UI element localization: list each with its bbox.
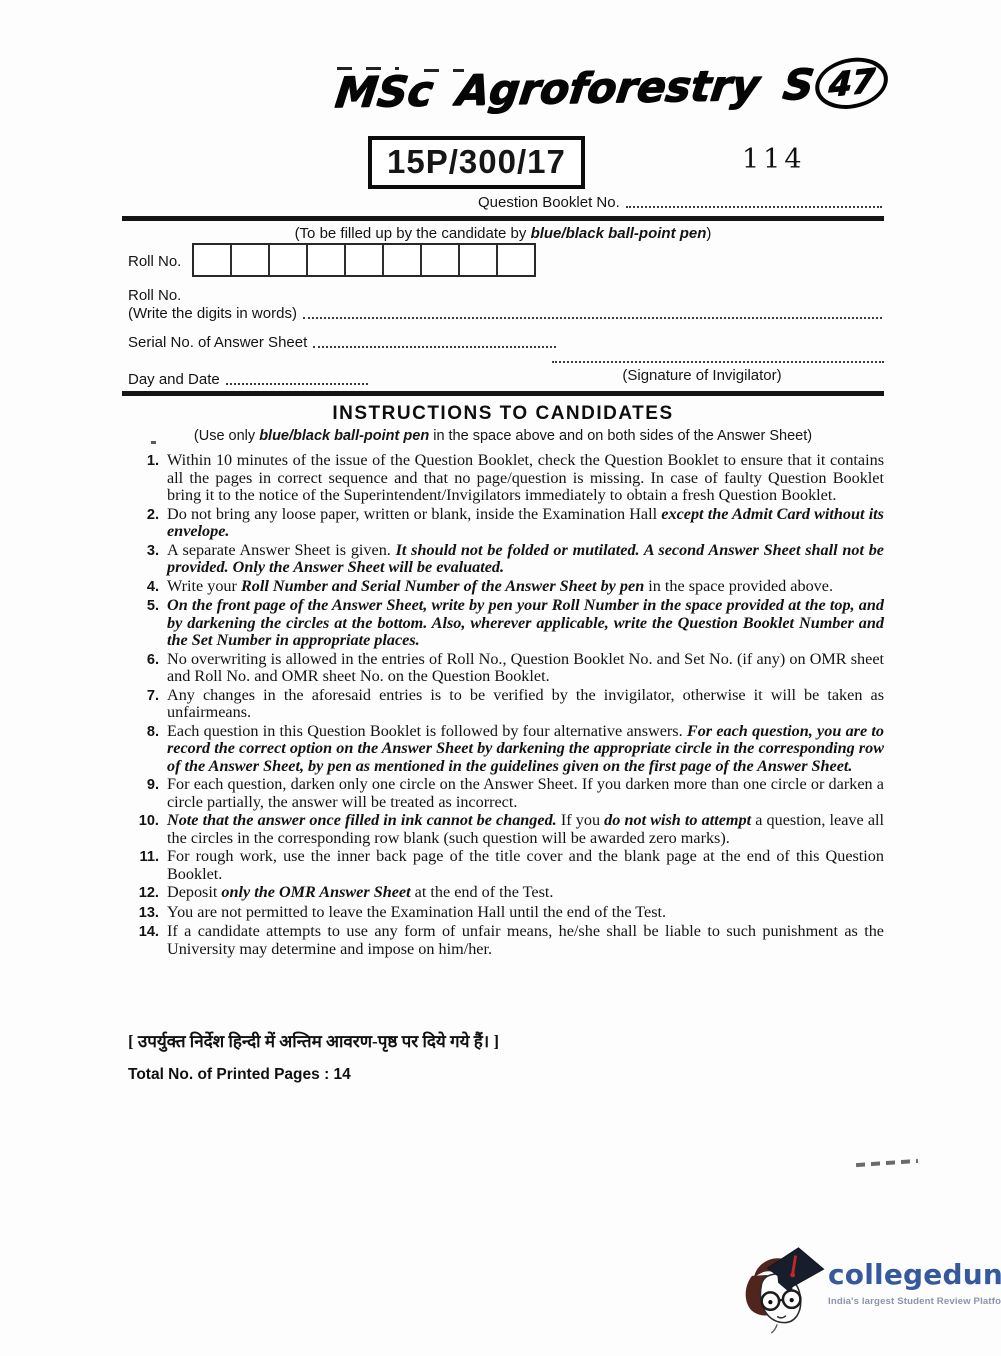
instruction-segment: If a candidate attempts to use any form …	[167, 922, 884, 958]
dotted-fill-line[interactable]	[303, 316, 882, 319]
instruction-number: 7.	[131, 687, 159, 722]
collegedunia-logo-text: collegedunia com India's largest Student…	[828, 1243, 1001, 1307]
instruction-segment: Note that the answer once filled in ink …	[167, 811, 557, 829]
serial-no-label: Serial No. of Answer Sheet	[128, 334, 307, 351]
instruction-segment: Write your	[167, 577, 241, 595]
instruction-segment: For each question, darken only one circl…	[167, 775, 884, 811]
dotted-fill-line[interactable]	[226, 382, 368, 385]
instruction-text: For rough work, use the inner back page …	[159, 848, 884, 883]
roll-box[interactable]	[384, 245, 422, 275]
instruction-number: 14.	[131, 923, 159, 958]
instruction-text: No overwriting is allowed in the entries…	[159, 651, 884, 686]
instruction-segment: in the space provided above.	[644, 577, 833, 595]
digits-in-words-label: (Write the digits in words)	[128, 305, 297, 322]
instruction-segment: only the OMR Answer Sheet	[221, 883, 410, 901]
instruction-text: On the front page of the Answer Sheet, w…	[159, 597, 884, 650]
roll-box[interactable]	[498, 245, 534, 275]
instruction-segment: at the end of the Test.	[411, 883, 554, 901]
instruction-segment: Deposit	[167, 883, 221, 901]
instruction-number: 1.	[131, 452, 159, 505]
instruction-segment: You are not permitted to leave the Exami…	[167, 903, 666, 921]
roll-box[interactable]	[460, 245, 498, 275]
instruction-item: 5.On the front page of the Answer Sheet,…	[131, 597, 884, 650]
horizontal-rule-top	[122, 216, 884, 221]
instruction-number: 6.	[131, 651, 159, 686]
sheet-number: 114	[742, 144, 806, 175]
instruction-segment: If you	[557, 811, 604, 829]
instruction-text: Note that the answer once filled in ink …	[159, 812, 884, 847]
instruction-text: Any changes in the aforesaid entries is …	[159, 687, 884, 722]
fill-note-emphasis: blue/black ball-point pen	[531, 225, 707, 242]
instruction-segment: Roll Number and Serial Number of the Ans…	[241, 577, 644, 595]
subtitle-suffix: in the space above and on both sides of …	[429, 428, 812, 444]
question-booklet-no-field: Question Booklet No.	[478, 194, 882, 211]
instruction-number: 9.	[131, 776, 159, 811]
roll-box[interactable]	[308, 245, 346, 275]
horizontal-rule-bottom	[122, 391, 884, 396]
total-pages-note: Total No. of Printed Pages : 14	[128, 1066, 351, 1084]
booklet-code-box: 15P/300/17	[368, 136, 585, 189]
instruction-number: 5.	[131, 597, 159, 650]
instruction-number: 12.	[131, 884, 159, 903]
instruction-text: Do not bring any loose paper, written or…	[159, 506, 884, 541]
subtitle-prefix: (Use only	[194, 428, 259, 444]
collegedunia-tagline: India's largest Student Review Platform	[828, 1296, 1001, 1307]
instruction-item: 13.You are not permitted to leave the Ex…	[131, 904, 884, 923]
invigilator-signature-label: (Signature of Invigilator)	[552, 367, 852, 384]
instruction-item: 10.Note that the answer once filled in i…	[131, 812, 884, 847]
instruction-segment: Do not bring any loose paper, written or…	[167, 505, 661, 523]
instruction-text: Each question in this Question Booklet i…	[159, 723, 884, 776]
instruction-item: 3.A separate Answer Sheet is given. It s…	[131, 542, 884, 577]
instruction-segment: Within 10 minutes of the issue of the Qu…	[167, 451, 884, 504]
handwritten-subject: Agroforestry	[454, 60, 762, 114]
instruction-segment: For rough work, use the inner back page …	[167, 847, 884, 883]
instruction-number: 3.	[131, 542, 159, 577]
instruction-segment: Each question in this Question Booklet i…	[167, 722, 687, 740]
instruction-segment: A separate Answer Sheet is given.	[167, 541, 396, 559]
serial-no-field: Serial No. of Answer Sheet	[128, 334, 556, 351]
handwritten-set-code: S 47	[780, 57, 891, 110]
instruction-number: 13.	[131, 904, 159, 923]
instruction-segment: No overwriting is allowed in the entries…	[167, 650, 884, 686]
collegedunia-mascot-icon	[736, 1243, 828, 1340]
handwritten-set-letter: S	[780, 59, 816, 109]
instruction-text: Within 10 minutes of the issue of the Qu…	[159, 452, 884, 505]
instruction-item: 11.For rough work, use the inner back pa…	[131, 848, 884, 883]
roll-no-words-label: Roll No.	[128, 287, 181, 304]
hindi-note: [ उपर्युक्त निर्देश हिन्दी में अन्तिम आव…	[128, 1029, 499, 1052]
roll-box[interactable]	[232, 245, 270, 275]
roll-no-label: Roll No.	[128, 253, 181, 270]
dotted-fill-line[interactable]	[313, 345, 556, 348]
instruction-segment: do not wish to attempt	[604, 811, 751, 829]
question-booklet-no-label: Question Booklet No.	[478, 194, 620, 211]
scan-artifact-smudge	[856, 1159, 918, 1167]
handwritten-subject-note: MSc Agroforestry S 47	[332, 57, 890, 118]
instruction-number: 8.	[131, 723, 159, 776]
instruction-number: 11.	[131, 848, 159, 883]
handwritten-degree: MSc	[332, 66, 435, 117]
dotted-fill-line[interactable]	[626, 205, 882, 208]
instruction-segment: Any changes in the aforesaid entries is …	[167, 686, 884, 722]
instruction-text: Write your Roll Number and Serial Number…	[159, 578, 884, 597]
instruction-item: 9.For each question, darken only one cir…	[131, 776, 884, 811]
instruction-item: 12.Deposit only the OMR Answer Sheet at …	[131, 884, 884, 903]
instruction-number: 2.	[131, 506, 159, 541]
collegedunia-brand: collegedunia	[828, 1260, 1001, 1290]
day-date-label: Day and Date	[128, 371, 220, 388]
instruction-item: 2.Do not bring any loose paper, written …	[131, 506, 884, 541]
fill-note-prefix: (To be filled up by the candidate by	[295, 225, 531, 242]
invigilator-signature-line[interactable]	[552, 353, 884, 363]
instruction-text: You are not permitted to leave the Exami…	[159, 904, 884, 923]
instructions-title: INSTRUCTIONS TO CANDIDATES	[122, 403, 884, 425]
question-booklet-cover-page: MSc Agroforestry S 47 15P/300/17 114 Que…	[0, 0, 1001, 1356]
roll-box[interactable]	[422, 245, 460, 275]
instruction-item: 1.Within 10 minutes of the issue of the …	[131, 452, 884, 505]
instructions-list: 1.Within 10 minutes of the issue of the …	[131, 452, 884, 959]
instructions-subtitle: (Use only blue/black ball-point pen in t…	[122, 428, 884, 444]
instruction-number: 10.	[131, 812, 159, 847]
roll-box[interactable]	[346, 245, 384, 275]
fill-note-suffix: )	[706, 225, 711, 242]
roll-number-grid	[192, 243, 536, 277]
collegedunia-watermark[interactable]: collegedunia com India's largest Student…	[736, 1243, 1001, 1340]
digits-in-words-field: (Write the digits in words)	[128, 305, 882, 322]
roll-box[interactable]	[270, 245, 308, 275]
instruction-item: 6.No overwriting is allowed in the entri…	[131, 651, 884, 686]
instruction-item: 14.If a candidate attempts to use any fo…	[131, 923, 884, 958]
day-date-field: Day and Date	[128, 371, 368, 388]
instruction-item: 4.Write your Roll Number and Serial Numb…	[131, 578, 884, 597]
subtitle-emphasis: blue/black ball-point pen	[259, 428, 429, 444]
instruction-text: If a candidate attempts to use any form …	[159, 923, 884, 958]
instruction-number: 4.	[131, 578, 159, 597]
instruction-item: 8.Each question in this Question Booklet…	[131, 723, 884, 776]
instruction-text: A separate Answer Sheet is given. It sho…	[159, 542, 884, 577]
instruction-text: For each question, darken only one circl…	[159, 776, 884, 811]
instruction-segment: On the front page of the Answer Sheet, w…	[167, 596, 884, 649]
instruction-text: Deposit only the OMR Answer Sheet at the…	[159, 884, 884, 903]
roll-box[interactable]	[194, 245, 232, 275]
instruction-item: 7.Any changes in the aforesaid entries i…	[131, 687, 884, 722]
fill-instruction-note: (To be filled up by the candidate by blu…	[122, 225, 884, 242]
handwritten-circled-number: 47	[814, 54, 888, 112]
